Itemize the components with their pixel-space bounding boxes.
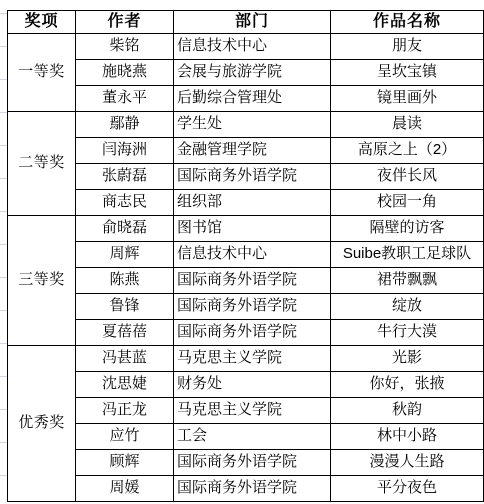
table-row: 闫海洲 金融管理学院 高原之上（2） xyxy=(8,138,484,164)
award-group-cell: 一等奖 xyxy=(8,34,76,112)
department-cell: 图书馆 xyxy=(174,216,331,242)
work-title-cell: 夜伴长风 xyxy=(331,164,484,190)
work-title-cell: 林中小路 xyxy=(331,424,484,450)
table-row: 陈燕 国际商务外语学院 裙带飘飘 xyxy=(8,268,484,294)
work-title-cell: Suibe教职工足球队 xyxy=(331,242,484,268)
author-cell: 张蔚磊 xyxy=(76,164,174,190)
table-row: 鲁锋 国际商务外语学院 绽放 xyxy=(8,294,484,320)
work-title-cell: 光影 xyxy=(331,346,484,372)
department-cell: 财务处 xyxy=(174,372,331,398)
author-cell: 董永平 xyxy=(76,86,174,112)
author-cell: 俞晓磊 xyxy=(76,216,174,242)
column-header-award: 奖项 xyxy=(8,11,76,34)
department-cell: 国际商务外语学院 xyxy=(174,450,331,476)
table-row: 夏蓓蓓 国际商务外语学院 牛行大漠 xyxy=(8,320,484,346)
author-cell: 陈燕 xyxy=(76,268,174,294)
award-group-cell: 三等奖 xyxy=(8,216,76,346)
award-group-cell: 二等奖 xyxy=(8,112,76,216)
author-cell: 闫海洲 xyxy=(76,138,174,164)
table-row: 商志民 组织部 校园一角 xyxy=(8,190,484,216)
author-cell: 周媛 xyxy=(76,476,174,502)
work-title-cell: 晨读 xyxy=(331,112,484,138)
work-title-cell: 高原之上（2） xyxy=(331,138,484,164)
excel-gridline-ticks xyxy=(0,13,7,491)
department-cell: 学生处 xyxy=(174,112,331,138)
awards-table: 奖项 作者 部门 作品名称 一等奖 柴铭 信息技术中心 朋友 施晓燕 会展与旅游… xyxy=(7,10,484,502)
department-cell: 工会 xyxy=(174,424,331,450)
author-cell: 冯甚蓝 xyxy=(76,346,174,372)
work-title-cell: 校园一角 xyxy=(331,190,484,216)
author-cell: 应竹 xyxy=(76,424,174,450)
author-cell: 夏蓓蓓 xyxy=(76,320,174,346)
work-title-cell: 朋友 xyxy=(331,34,484,60)
column-header-author: 作者 xyxy=(76,11,174,34)
department-cell: 马克思主义学院 xyxy=(174,398,331,424)
department-cell: 马克思主义学院 xyxy=(174,346,331,372)
table-row: 沈思婕 财务处 你好，张掖 xyxy=(8,372,484,398)
table-row: 周媛 国际商务外语学院 平分夜色 xyxy=(8,476,484,502)
table-row: 董永平 后勤综合管理处 镜里画外 xyxy=(8,86,484,112)
spreadsheet-page: 奖项 作者 部门 作品名称 一等奖 柴铭 信息技术中心 朋友 施晓燕 会展与旅游… xyxy=(0,0,484,504)
department-cell: 信息技术中心 xyxy=(174,34,331,60)
author-cell: 商志民 xyxy=(76,190,174,216)
department-cell: 后勤综合管理处 xyxy=(174,86,331,112)
author-cell: 施晓燕 xyxy=(76,60,174,86)
department-cell: 国际商务外语学院 xyxy=(174,294,331,320)
author-cell: 沈思婕 xyxy=(76,372,174,398)
work-title-cell: 绽放 xyxy=(331,294,484,320)
department-cell: 国际商务外语学院 xyxy=(174,320,331,346)
department-cell: 组织部 xyxy=(174,190,331,216)
author-cell: 柴铭 xyxy=(76,34,174,60)
header-row: 奖项 作者 部门 作品名称 xyxy=(8,11,484,34)
award-group-cell: 优秀奖 xyxy=(8,346,76,502)
department-cell: 会展与旅游学院 xyxy=(174,60,331,86)
table-row: 顾辉 国际商务外语学院 漫漫人生路 xyxy=(8,450,484,476)
department-cell: 国际商务外语学院 xyxy=(174,268,331,294)
table-row: 一等奖 柴铭 信息技术中心 朋友 xyxy=(8,34,484,60)
work-title-cell: 裙带飘飘 xyxy=(331,268,484,294)
work-title-cell: 牛行大漠 xyxy=(331,320,484,346)
table-row: 三等奖 俞晓磊 图书馆 隔壁的访客 xyxy=(8,216,484,242)
author-cell: 顾辉 xyxy=(76,450,174,476)
column-header-work-title: 作品名称 xyxy=(331,11,484,34)
author-cell: 周辉 xyxy=(76,242,174,268)
work-title-cell: 秋韵 xyxy=(331,398,484,424)
work-title-cell: 你好，张掖 xyxy=(331,372,484,398)
table-row: 二等奖 鄢静 学生处 晨读 xyxy=(8,112,484,138)
column-header-department: 部门 xyxy=(174,11,331,34)
work-title-cell: 呈坎宝镇 xyxy=(331,60,484,86)
table-row: 施晓燕 会展与旅游学院 呈坎宝镇 xyxy=(8,60,484,86)
department-cell: 国际商务外语学院 xyxy=(174,476,331,502)
author-cell: 鲁锋 xyxy=(76,294,174,320)
department-cell: 金融管理学院 xyxy=(174,138,331,164)
table-row: 张蔚磊 国际商务外语学院 夜伴长风 xyxy=(8,164,484,190)
table-row: 冯正龙 马克思主义学院 秋韵 xyxy=(8,398,484,424)
work-title-cell: 漫漫人生路 xyxy=(331,450,484,476)
author-cell: 冯正龙 xyxy=(76,398,174,424)
department-cell: 信息技术中心 xyxy=(174,242,331,268)
work-title-cell: 镜里画外 xyxy=(331,86,484,112)
table-row: 优秀奖 冯甚蓝 马克思主义学院 光影 xyxy=(8,346,484,372)
author-cell: 鄢静 xyxy=(76,112,174,138)
work-title-cell: 隔壁的访客 xyxy=(331,216,484,242)
table-row: 应竹 工会 林中小路 xyxy=(8,424,484,450)
table-row: 周辉 信息技术中心 Suibe教职工足球队 xyxy=(8,242,484,268)
work-title-cell: 平分夜色 xyxy=(331,476,484,502)
department-cell: 国际商务外语学院 xyxy=(174,164,331,190)
